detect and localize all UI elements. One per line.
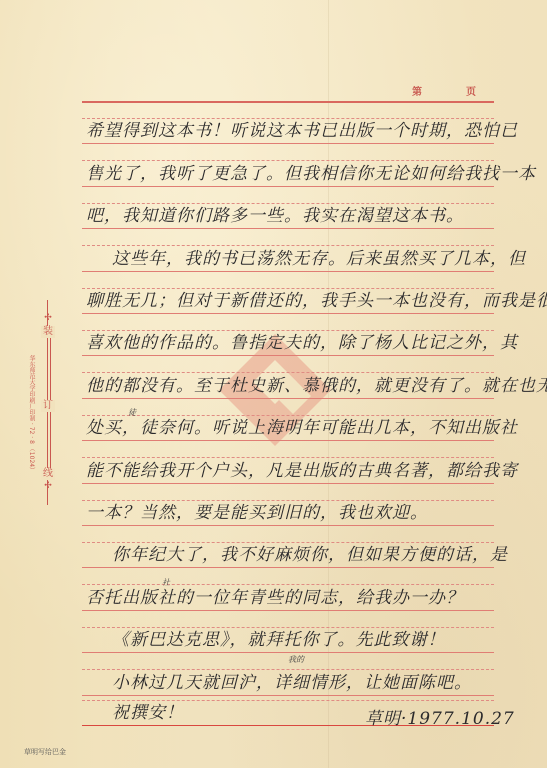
letter-line-text: 这些年，我的书已荡然无存。后来虽然买了几本，但 (112, 249, 494, 269)
letter-line: 希望得到这本书！听说这本书已出版一个时期，恐怕已 (82, 102, 494, 144)
letter-line: 能不能给我开个户头，凡是出版的古典名著，都给我寄 (82, 441, 494, 483)
letter-line: 聊胜无几；但对于新借还的，我手头一本也没有，而我是很 (82, 272, 494, 314)
interlinear-annotation: 社 (162, 577, 170, 588)
letter-line-text: 《新巴达克思》，就拜托你了。先此致谢！ (112, 630, 494, 650)
page-prefix: 第 (412, 83, 422, 98)
letter-line-text: 吧，我知道你们路多一些。我实在渴望这本书。 (86, 206, 494, 226)
interlinear-annotation: 徒 (128, 407, 136, 418)
letter-line: 一本？当然，要是能买到旧的，我也欢迎。 (82, 484, 494, 526)
letter-line-text: 你年纪大了，我不好麻烦你，但如果方便的话，是 (112, 545, 494, 565)
ornament-icon: ✣ (41, 314, 55, 322)
page-suffix: 页 (466, 83, 476, 98)
printer-note: 华东师范大学印刷厂印制 · 72 · 8 （1024） (25, 355, 35, 473)
interlinear-annotation: 我的 (288, 654, 304, 665)
signature-date: 1977.10.27 (407, 709, 514, 729)
signature-name: 草明 (365, 709, 401, 729)
binding-mark-ding: 订 (41, 400, 55, 412)
letter-line: 他的都没有。至于杜史新、慕俄的，就更没有了。就在也无 (82, 356, 494, 398)
letter-line-text: 聊胜无几；但对于新借还的，我手头一本也没有，而我是很 (86, 291, 494, 311)
binding-mark-zhuang: 装 (41, 326, 55, 338)
letter-line: 售光了，我听了更急了。但我相信你无论如何给我找一本 (82, 144, 494, 186)
signature-block: 草明·1977.10.27 (365, 704, 515, 729)
letter-line: 这些年，我的书已荡然无存。后来虽然买了几本，但 (82, 229, 494, 271)
letter-line-text: 能不能给我开个户头，凡是出版的古典名著，都给我寄 (86, 461, 494, 481)
letter-line-text: 售光了，我听了更急了。但我相信你无论如何给我找一本 (86, 164, 494, 184)
letter-line-text: 否托出版社的一位年青些的同志，给我办一办？ (86, 588, 494, 608)
letter-line-text: 希望得到这本书！听说这本书已出版一个时期，恐怕已 (86, 121, 494, 141)
binding-mark-xian: 线 (41, 468, 55, 480)
letter-line-text: 他的都没有。至于杜史新、慕俄的，就更没有了。就在也无 (86, 376, 494, 396)
letter-line-text: 处买，徒奈何。听说上海明年可能出几本，不知出版社 (86, 418, 494, 438)
page-number-header: 第 页 (0, 80, 547, 94)
letter-line: 你年纪大了，我不好麻烦你，但如果方便的话，是 (82, 526, 494, 568)
ornament-icon: ✣ (41, 482, 55, 490)
letter-line: 《新巴达克思》，就拜托你了。先此致谢！ (82, 611, 494, 653)
letter-line: 喜欢他的作品的。鲁指定夫的，除了杨人比记之外，其 (82, 314, 494, 356)
letter-line-text: 一本？当然，要是能买到旧的，我也欢迎。 (86, 503, 494, 523)
letter-line-text: 喜欢他的作品的。鲁指定夫的，除了杨人比记之外，其 (86, 333, 494, 353)
archive-mark: 草明写给巴金 (24, 747, 66, 757)
letter-line: 吧，我知道你们路多一些。我实在渴望这本书。 (82, 187, 494, 229)
letter-line: 否托出版社的一位年青些的同志，给我办一办？ (82, 568, 494, 610)
binding-margin: ✣ 装 订 线 ✣ (38, 300, 78, 505)
letter-line: 处买，徒奈何。听说上海明年可能出几本，不知出版社 (82, 399, 494, 441)
